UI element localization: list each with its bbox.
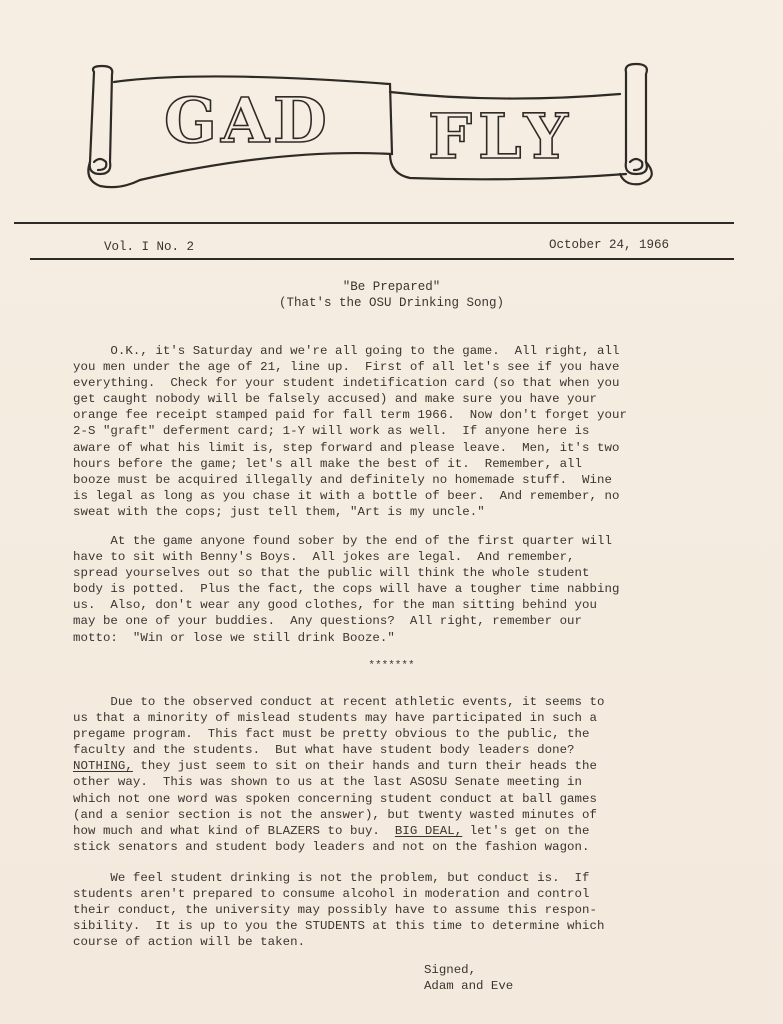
- section-separator: *******: [0, 660, 783, 672]
- text-line: get caught nobody will be falsely accuse…: [73, 391, 673, 407]
- text-line: NOTHING, they just seem to sit on their …: [73, 758, 673, 774]
- text-line: other way. This was shown to us at the l…: [73, 774, 673, 790]
- text-line: aware of what his limit is, step forward…: [73, 440, 673, 456]
- text-line: faculty and the students. But what have …: [73, 742, 673, 758]
- masthead-banner: GAD FLY: [80, 62, 680, 197]
- text-line: students aren't prepared to consume alco…: [73, 886, 673, 902]
- text-line: us that a minority of mislead students m…: [73, 710, 673, 726]
- text-line: spread yourselves out so that the public…: [73, 565, 673, 581]
- article-subtitle: (That's the OSU Drinking Song): [0, 295, 783, 311]
- text-line: you men under the age of 21, line up. Fi…: [73, 359, 673, 375]
- text-line: O.K., it's Saturday and we're all going …: [73, 343, 673, 359]
- signature-names: Adam and Eve: [424, 978, 513, 994]
- text-line: everything. Check for your student indet…: [73, 375, 673, 391]
- underlined-phrase: NOTHING,: [73, 759, 133, 773]
- text-line: (and a senior section is not the answer)…: [73, 807, 673, 823]
- masthead-title-gad: GAD: [164, 84, 331, 157]
- signature-signed: Signed,: [424, 962, 513, 978]
- text-line: is legal as long as you chase it with a …: [73, 488, 673, 504]
- text-line: orange fee receipt stamped paid for fall…: [73, 407, 673, 423]
- text-line: sibility. It is up to you the STUDENTS a…: [73, 918, 673, 934]
- text-line: how much and what kind of BLAZERS to buy…: [73, 823, 673, 839]
- text-line: may be one of your buddies. Any question…: [73, 613, 673, 629]
- issue-date: October 24, 1966: [549, 238, 669, 252]
- text-line: stick senators and student body leaders …: [73, 839, 673, 855]
- paragraph-4: We feel student drinking is not the prob…: [73, 870, 673, 950]
- paragraph-1: O.K., it's Saturday and we're all going …: [73, 343, 673, 520]
- text-line: pregame program. This fact must be prett…: [73, 726, 673, 742]
- text-line: We feel student drinking is not the prob…: [73, 870, 673, 886]
- text-line: motto: "Win or lose we still drink Booze…: [73, 630, 673, 646]
- text-line: us. Also, don't wear any good clothes, f…: [73, 597, 673, 613]
- text-line: Due to the observed conduct at recent at…: [73, 694, 673, 710]
- signature-block: Signed, Adam and Eve: [424, 962, 513, 994]
- underlined-phrase: BIG DEAL,: [395, 824, 462, 838]
- header-rule-top: [14, 222, 734, 224]
- text-line: sweat with the cops; just tell them, "Ar…: [73, 504, 673, 520]
- text-line: which not one word was spoken concerning…: [73, 791, 673, 807]
- text-line: their conduct, the university may possib…: [73, 902, 673, 918]
- article-title: "Be Prepared": [0, 279, 783, 295]
- text-line: 2-S "graft" deferment card; 1-Y will wor…: [73, 423, 673, 439]
- text-line: have to sit with Benny's Boys. All jokes…: [73, 549, 673, 565]
- article-title-block: "Be Prepared" (That's the OSU Drinking S…: [0, 279, 783, 311]
- text-line: course of action will be taken.: [73, 934, 673, 950]
- paragraph-2: At the game anyone found sober by the en…: [73, 533, 673, 646]
- masthead-title-fly: FLY: [428, 100, 574, 173]
- text-line: booze must be acquired illegally and def…: [73, 472, 673, 488]
- newsletter-page: GAD FLY Vol. I No. 2 October 24, 1966 "B…: [0, 0, 783, 1024]
- text-line: At the game anyone found sober by the en…: [73, 533, 673, 549]
- paragraph-3: Due to the observed conduct at recent at…: [73, 694, 673, 855]
- volume-number: Vol. I No. 2: [104, 240, 194, 254]
- text-line: hours before the game; let's all make th…: [73, 456, 673, 472]
- text-line: body is potted. Plus the fact, the cops …: [73, 581, 673, 597]
- header-rule-bottom: [30, 258, 734, 260]
